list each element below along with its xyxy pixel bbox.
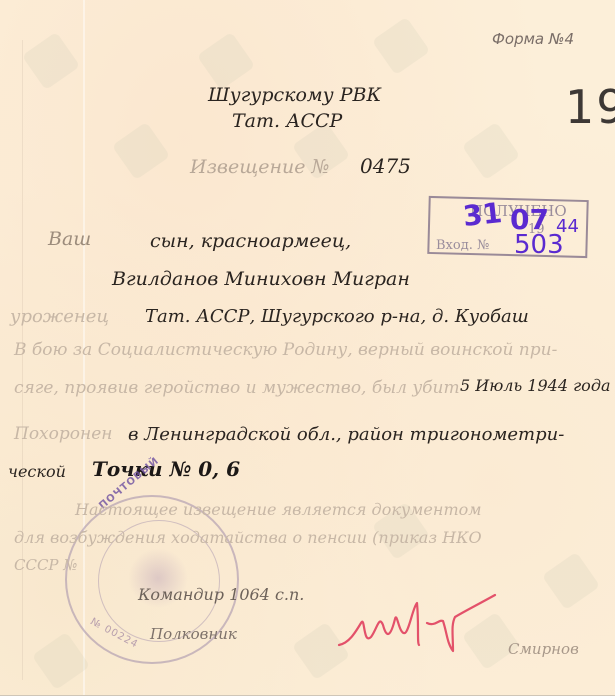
- signature-name: Смирнов: [508, 640, 579, 658]
- page-number: 19: [565, 80, 615, 134]
- document-paper: Форма №4 19 Шугурскому РВК Тат. АССР Изв…: [0, 0, 615, 696]
- paper-watermark: [22, 32, 80, 90]
- burial-place-cont: Точки № 0, 6: [92, 457, 240, 481]
- line5-printed: сяге, проявив геройство и мужество, был …: [14, 378, 460, 398]
- addressee-line-1: Шугурскому РВК: [208, 84, 381, 106]
- paper-watermark: [112, 122, 170, 180]
- paper-watermark: [197, 32, 255, 90]
- death-date: 5 Июль 1944 года: [460, 376, 611, 395]
- line9-printed: для возбуждения ходатайства о пенсии (пр…: [14, 528, 482, 547]
- line4-printed: В бою за Социалистическую Родину, верный…: [14, 340, 557, 360]
- stamp-incoming-label: Вход. №: [436, 238, 489, 253]
- paper-watermark: [542, 552, 600, 610]
- burial-place: в Ленинградской обл., район тригонометри…: [128, 424, 564, 445]
- addressee-line-2: Тат. АССР: [232, 110, 342, 132]
- line8-printed: Настоящее извещение является документом: [75, 500, 482, 519]
- birthplace-text: Тат. АССР, Шугурского р-на, д. Куобаш: [145, 306, 529, 327]
- signature-title: Полковник: [150, 625, 237, 643]
- fold-line: [22, 40, 23, 680]
- line1-prefix: Ваш: [48, 228, 91, 250]
- paper-watermark: [372, 17, 430, 75]
- notice-number: 0475: [360, 154, 411, 178]
- notice-title: Извещение №: [190, 156, 330, 178]
- form-label: Форма №4: [492, 30, 574, 48]
- stamp-date-day: 31: [461, 196, 503, 233]
- paper-watermark: [462, 122, 520, 180]
- burial-place-cont-prefix: ческой: [8, 462, 66, 481]
- birthplace: Тат. АССР, Шугурского р-на, д. Куобаш: [145, 306, 529, 327]
- line6-printed: Похоронен: [14, 424, 112, 444]
- line3-prefix: уроженец: [10, 306, 109, 327]
- stamp-incoming-number: 503: [514, 230, 564, 260]
- commander-label: Командир 1064 с.п.: [138, 585, 304, 604]
- line1-text: сын, красноармеец,: [150, 230, 351, 252]
- signature-icon: [335, 585, 515, 665]
- soldier-name: Вгилданов Миниховн Мигран: [112, 268, 410, 290]
- paper-watermark: [32, 632, 90, 690]
- line10-printed: СССР №: [14, 556, 78, 574]
